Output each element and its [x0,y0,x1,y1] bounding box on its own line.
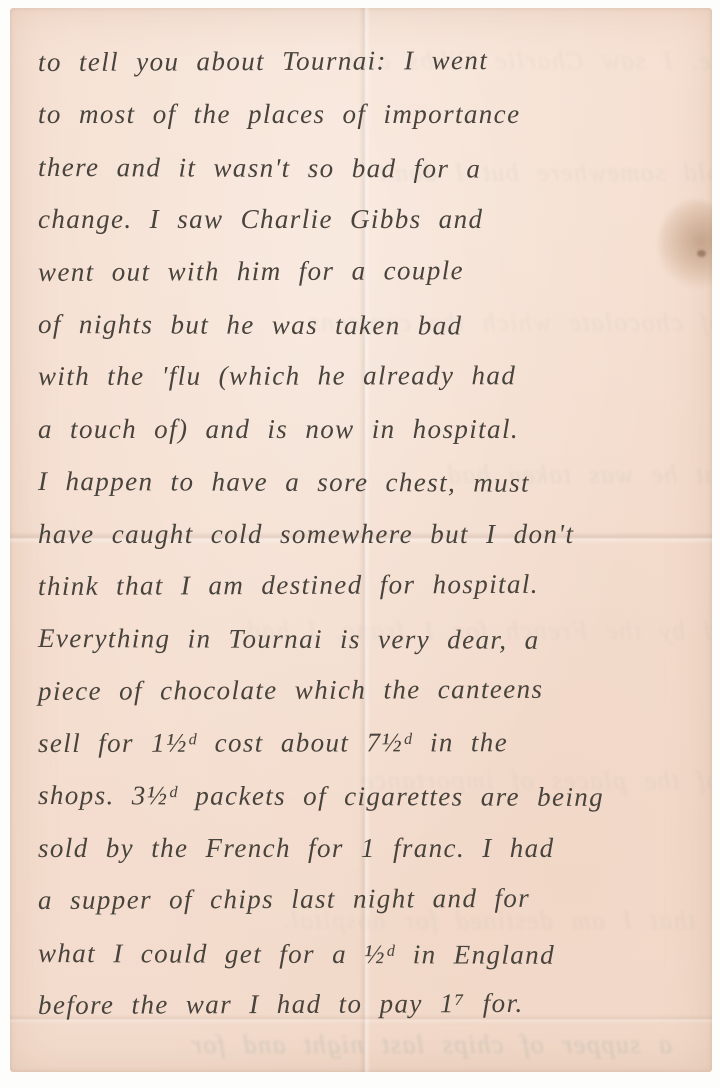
handwriting-line: went out with him for a couple [38,243,702,298]
scanned-letter-page: change. I saw Charlie Gibbs and have cau… [0,0,720,1088]
handwriting-line: shops. 3½ᵈ packets of cigarettes are bei… [38,769,702,824]
handwriting-line: what I could get for a ½ᵈ in England [38,927,702,982]
handwriting-line: with the 'flu (which he already had [38,349,702,403]
handwriting-line: sell for 1½ᵈ cost about 7½ᵈ in the [38,716,702,770]
handwriting-line: a supper of chips last night and for [38,871,702,926]
handwriting-line: sold by the French for 1 franc. I had [38,822,702,874]
handwriting-line: there and it wasn't so bad for a [38,141,702,196]
handwriting-line: change. I saw Charlie Gibbs and [38,193,702,245]
handwriting-line: a touch of) and is now in hospital. [38,403,702,455]
bleedthrough-line: a supper of chips last night and for [190,1030,672,1060]
handwriting-line: think that I am destined for hospital. [38,557,702,612]
handwriting-line: before the war I had to pay 1⁷ for. [38,976,702,1031]
handwriting-line: to tell you about Tournai: I went [38,33,702,88]
handwriting-line: to most of the places of importance [38,88,702,140]
handwriting-line: of nights but he was taken bad [38,298,702,353]
handwriting-line: piece of chocolate which the canteens [38,662,702,717]
letter-paper: change. I saw Charlie Gibbs and have cau… [10,8,712,1072]
handwriting-line: have caught cold somewhere but I don't [38,508,702,560]
handwriting-line: I happen to have a sore chest, must [38,455,702,510]
handwriting-line: Everything in Tournai is very dear, a [38,612,702,667]
handwritten-text: to tell you about Tournai: I went to mos… [38,36,702,1031]
